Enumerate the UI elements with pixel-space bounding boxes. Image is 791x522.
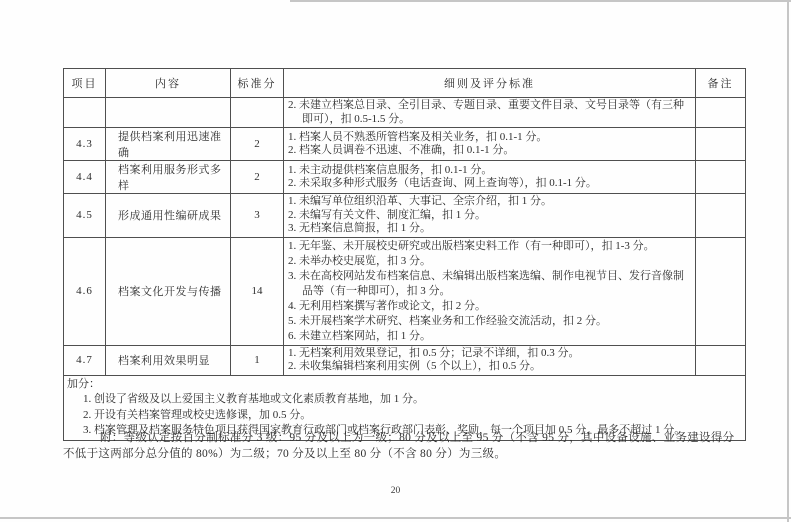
note-cell <box>696 345 746 375</box>
header-score: 标准分 <box>231 69 284 98</box>
table-row: 2. 未建立档案总目录、全引目录、专题目录、重要文件目录、文号目录等（有三种即可… <box>64 98 746 128</box>
note-cell <box>696 237 746 345</box>
criteria-cell: 2. 未建立档案总目录、全引目录、专题目录、重要文件目录、文号目录等（有三种即可… <box>284 98 696 128</box>
item-cell: 4.5 <box>64 194 106 238</box>
item-cell: 4.7 <box>64 345 106 375</box>
score-cell <box>231 98 284 128</box>
note-cell <box>696 194 746 238</box>
content-cell: 档案文化开发与传播 <box>106 237 231 345</box>
table-row: 4.3 提供档案利用迅速准确 2 1. 档案人员不熟悉所管档案及相关业务，扣 0… <box>64 128 746 161</box>
criteria-line: 1. 未主动提供档案信息服务，扣 0.1-1 分。 <box>288 164 692 178</box>
criteria-line: 2. 档案人员调卷不迅速、不准确，扣 0.1-1 分。 <box>288 144 692 158</box>
criteria-cell: 1. 未主动提供档案信息服务，扣 0.1-1 分。 2. 未采取多种形式服务（电… <box>284 161 696 194</box>
table-row: 4.7 档案利用效果明显 1 1. 无档案利用效果登记，扣 0.5 分；记录不详… <box>64 345 746 375</box>
criteria-line: 2. 未建立档案总目录、全引目录、专题目录、重要文件目录、文号目录等（有三种即可… <box>288 99 692 126</box>
criteria-line: 3. 未在高校网站发布档案信息、未编辑出版档案选编、制作电视节目、发行音像制品等… <box>288 269 692 299</box>
note-cell <box>696 98 746 128</box>
header-note: 备注 <box>696 69 746 98</box>
score-cell: 1 <box>231 345 284 375</box>
criteria-line: 2. 未采取多种形式服务（电话查询、网上查询等），扣 0.1-1 分。 <box>288 177 692 191</box>
item-cell: 4.6 <box>64 237 106 345</box>
note-cell <box>696 161 746 194</box>
criteria-line: 2. 未编写有关文件、制度汇编，扣 1 分。 <box>288 209 692 223</box>
criteria-line: 1. 未编写单位组织沿革、大事记、全宗介绍，扣 1 分。 <box>288 195 692 209</box>
criteria-line: 2. 未收集编辑档案利用实例（5 个以上），扣 0.5 分。 <box>288 360 692 374</box>
score-cell: 2 <box>231 128 284 161</box>
criteria-cell: 1. 档案人员不熟悉所管档案及相关业务，扣 0.1-1 分。 2. 档案人员调卷… <box>284 128 696 161</box>
bonus-title: 加分： <box>67 377 739 393</box>
criteria-line: 1. 无档案利用效果登记，扣 0.5 分；记录不详细，扣 0.3 分。 <box>288 347 692 361</box>
content-cell: 档案利用效果明显 <box>106 345 231 375</box>
criteria-line: 3. 无档案信息简报，扣 1 分。 <box>288 222 692 236</box>
item-cell: 4.4 <box>64 161 106 194</box>
item-cell: 4.3 <box>64 128 106 161</box>
criteria-cell: 1. 未编写单位组织沿革、大事记、全宗介绍，扣 1 分。 2. 未编写有关文件、… <box>284 194 696 238</box>
item-cell <box>64 98 106 128</box>
table-header-row: 项目 内容 标准分 细则及评分标准 备注 <box>64 69 746 98</box>
content-cell <box>106 98 231 128</box>
header-criteria: 细则及评分标准 <box>284 69 696 98</box>
scan-border-right <box>787 0 789 522</box>
bonus-item: 2. 开设有关档案管理或校史选修课，加 0.5 分。 <box>67 408 739 424</box>
evaluation-table: 项目 内容 标准分 细则及评分标准 备注 2. 未建立档案总目录、全引目录、专题… <box>63 68 746 441</box>
score-cell: 2 <box>231 161 284 194</box>
criteria-line: 4. 无利用档案撰写著作或论文，扣 2 分。 <box>288 299 692 314</box>
criteria-line: 1. 档案人员不熟悉所管档案及相关业务，扣 0.1-1 分。 <box>288 131 692 145</box>
criteria-line: 1. 无年鉴、未开展校史研究或出版档案史料工作（有一种即可），扣 1-3 分。 <box>288 239 692 254</box>
criteria-line: 6. 未建立档案网站，扣 1 分。 <box>288 329 692 344</box>
table-row: 4.4 档案利用服务形式多样 2 1. 未主动提供档案信息服务，扣 0.1-1 … <box>64 161 746 194</box>
header-item: 项目 <box>64 69 106 98</box>
score-cell: 3 <box>231 194 284 238</box>
score-cell: 14 <box>231 237 284 345</box>
header-content: 内容 <box>106 69 231 98</box>
grade-definition-note: 附：等级认定按百分制标准分 3 级：95 分及以上为一级；80 分及以上至 95… <box>63 431 739 462</box>
page-number: 20 <box>0 486 791 496</box>
criteria-cell: 1. 无年鉴、未开展校史研究或出版档案史料工作（有一种即可），扣 1-3 分。 … <box>284 237 696 345</box>
bonus-item: 1. 创设了省级及以上爱国主义教育基地或文化素质教育基地，加 1 分。 <box>67 392 739 408</box>
table-row: 4.6 档案文化开发与传播 14 1. 无年鉴、未开展校史研究或出版档案史料工作… <box>64 237 746 345</box>
content-cell: 形成通用性编研成果 <box>106 194 231 238</box>
table-row: 4.5 形成通用性编研成果 3 1. 未编写单位组织沿革、大事记、全宗介绍，扣 … <box>64 194 746 238</box>
content-cell: 提供档案利用迅速准确 <box>106 128 231 161</box>
note-cell <box>696 128 746 161</box>
scanned-document-page: 项目 内容 标准分 细则及评分标准 备注 2. 未建立档案总目录、全引目录、专题… <box>0 0 791 522</box>
scan-border-top <box>290 0 791 2</box>
scan-border-bottom <box>0 517 791 519</box>
content-cell: 档案利用服务形式多样 <box>106 161 231 194</box>
criteria-cell: 1. 无档案利用效果登记，扣 0.5 分；记录不详细，扣 0.3 分。 2. 未… <box>284 345 696 375</box>
criteria-line: 2. 未举办校史展览，扣 3 分。 <box>288 254 692 269</box>
criteria-line: 5. 未开展档案学术研究、档案业务和工作经验交流活动，扣 2 分。 <box>288 314 692 329</box>
